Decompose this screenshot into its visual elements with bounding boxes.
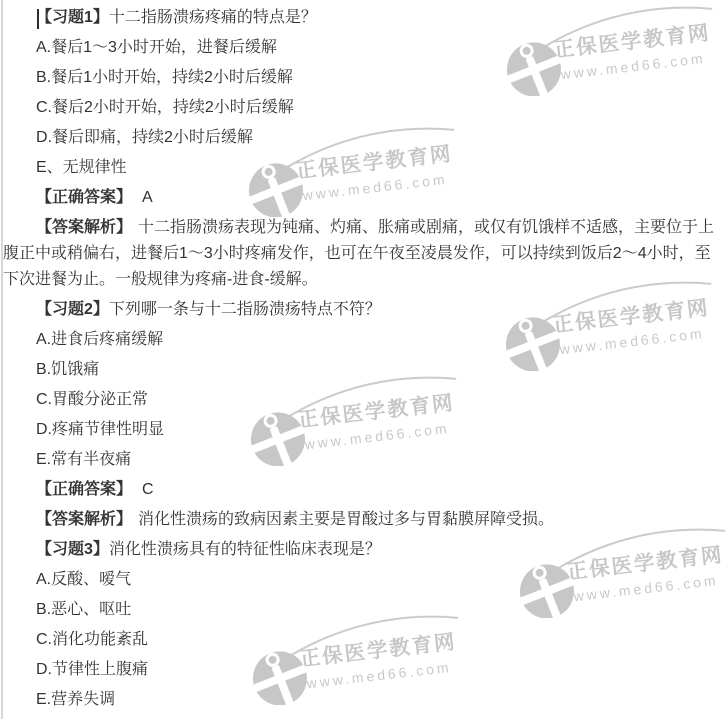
- answer-value: C: [142, 481, 154, 498]
- option-line: A.餐后1～3小时开始，进餐后缓解: [3, 33, 726, 63]
- option-line: D.餐后即痛，持续2小时后缓解: [3, 123, 726, 153]
- option-line: C.餐后2小时开始，持续2小时后缓解: [3, 93, 726, 123]
- question-stem-line: 【习题2】下列哪一条与十二指肠溃疡特点不符？: [3, 295, 726, 325]
- answer-line: 【正确答案】C: [3, 475, 726, 505]
- option-line: A.进食后疼痛缓解: [3, 325, 726, 355]
- option-line: E、无规律性: [3, 153, 726, 183]
- option-line: E.营养失调: [3, 685, 726, 715]
- answer-label: 【正确答案】: [36, 189, 132, 206]
- option-a: A.反酸、嗳气: [36, 571, 131, 588]
- question-label: 【习题3】: [36, 541, 109, 558]
- option-c: C.胃酸分泌正常: [36, 391, 148, 408]
- question-stem-line: 【习题1】十二指肠溃疡疼痛的特点是？: [3, 3, 726, 33]
- answer-label: 【正确答案】: [36, 481, 132, 498]
- question-document: 【习题1】十二指肠溃疡疼痛的特点是？ A.餐后1～3小时开始，进餐后缓解 B.餐…: [0, 0, 728, 715]
- document-page: 正保医学教育网 www.med66.com 正保医学教育网 www.med66.…: [0, 0, 728, 719]
- option-c: C.餐后2小时开始，持续2小时后缓解: [36, 99, 294, 116]
- question-stem: 下列哪一条与十二指肠溃疡特点不符？: [109, 301, 381, 318]
- option-d: D.餐后即痛，持续2小时后缓解: [36, 129, 253, 146]
- option-line: B.饥饿痛: [3, 355, 726, 385]
- analysis-text: 消化性溃疡的致病因素主要是胃酸过多与胃黏膜屏障受损。: [138, 511, 554, 528]
- option-e: E、无规律性: [36, 159, 127, 176]
- option-e: E.常有半夜痛: [36, 451, 131, 468]
- option-a: A.进食后疼痛缓解: [36, 331, 163, 348]
- option-line: C.消化功能紊乱: [3, 625, 726, 655]
- question-label: 【习题1】: [36, 9, 109, 26]
- option-line: C.胃酸分泌正常: [3, 385, 726, 415]
- analysis-line: 【答案解析】十二指肠溃疡表现为钝痛、灼痛、胀痛或剧痛，或仅有饥饿样不适感，主要位…: [3, 213, 726, 295]
- analysis-line: 【答案解析】消化性溃疡的致病因素主要是胃酸过多与胃黏膜屏障受损。: [3, 505, 726, 535]
- question-label: 【习题2】: [36, 301, 109, 318]
- option-line: D.节律性上腹痛: [3, 655, 726, 685]
- option-b: B.恶心、呕吐: [36, 601, 131, 618]
- option-c: C.消化功能紊乱: [36, 631, 148, 648]
- option-d: D.节律性上腹痛: [36, 661, 148, 678]
- option-e: E.营养失调: [36, 691, 115, 708]
- text-cursor: [37, 9, 39, 29]
- answer-line: 【正确答案】A: [3, 183, 726, 213]
- option-b: B.餐后1小时开始，持续2小时后缓解: [36, 69, 293, 86]
- analysis-label: 【答案解析】: [36, 511, 132, 528]
- option-d: D.疼痛节律性明显: [36, 421, 164, 438]
- question-stem: 十二指肠溃疡疼痛的特点是？: [109, 9, 317, 26]
- analysis-label: 【答案解析】: [36, 219, 132, 236]
- option-line: E.常有半夜痛: [3, 445, 726, 475]
- option-line: B.餐后1小时开始，持续2小时后缓解: [3, 63, 726, 93]
- question-stem: 消化性溃疡具有的特征性临床表现是？: [109, 541, 381, 558]
- option-line: B.恶心、呕吐: [3, 595, 726, 625]
- answer-value: A: [142, 189, 153, 206]
- option-b: B.饥饿痛: [36, 361, 99, 378]
- option-line: A.反酸、嗳气: [3, 565, 726, 595]
- option-line: D.疼痛节律性明显: [3, 415, 726, 445]
- option-a: A.餐后1～3小时开始，进餐后缓解: [36, 39, 277, 56]
- question-stem-line: 【习题3】消化性溃疡具有的特征性临床表现是？: [3, 535, 726, 565]
